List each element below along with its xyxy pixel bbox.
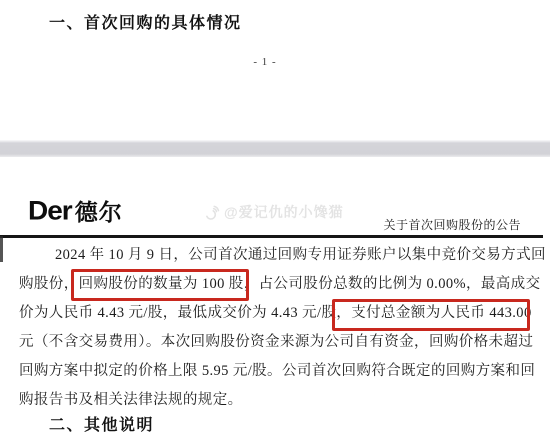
announcement-paragraph: 2024 年 10 月 9 日，公司首次通过回购专用证券账户以集中竞价交易方式回… xyxy=(19,241,533,415)
paragraph-line: 购报告书及相关法律法规的规定。 xyxy=(19,386,533,415)
paragraph-line: 购股份，回购股份的数量为 100 股，占公司股份总数的比例为 0.00%，最高成… xyxy=(19,270,533,299)
stitched-announcement-screenshot: 一、首次回购的具体情况 - 1 - Der 德尔 @爱记仇的小馋猫 关于首次回购… xyxy=(0,0,550,441)
document-header-title: 关于首次回购股份的公告 xyxy=(383,216,521,233)
page-number: - 1 - xyxy=(0,56,530,68)
paragraph-line: 2024 年 10 月 9 日，公司首次通过回购专用证券账户以集中竞价交易方式回 xyxy=(19,241,533,270)
watermark-text: @爱记仇的小馋猫 xyxy=(224,202,344,222)
paragraph-line: 元（不含交易费用）。本次回购股份资金来源为公司自有资金，回购价格未超过 xyxy=(19,328,533,357)
weibo-icon xyxy=(203,204,220,221)
paragraph-line: 价为人民币 4.43 元/股，最低成交价为 4.43 元/股，支付总金额为人民币… xyxy=(19,299,533,328)
company-logo: Der 德尔 xyxy=(28,194,123,227)
section-heading-1: 一、首次回购的具体情况 xyxy=(49,10,242,33)
paragraph-line: 回购方案中拟定的价格上限 5.95 元/股。公司首次回购符合既定的回购方案和回 xyxy=(19,357,533,386)
section-heading-2: 二、其他说明 xyxy=(49,412,154,435)
logo-cjk-text: 德尔 xyxy=(75,194,123,227)
scan-artifact xyxy=(0,236,3,262)
header-divider-rule xyxy=(0,235,543,238)
logo-latin-text: Der xyxy=(28,196,72,226)
weibo-watermark: @爱记仇的小馋猫 xyxy=(203,202,344,222)
screenshot-stitch-divider xyxy=(0,140,550,157)
